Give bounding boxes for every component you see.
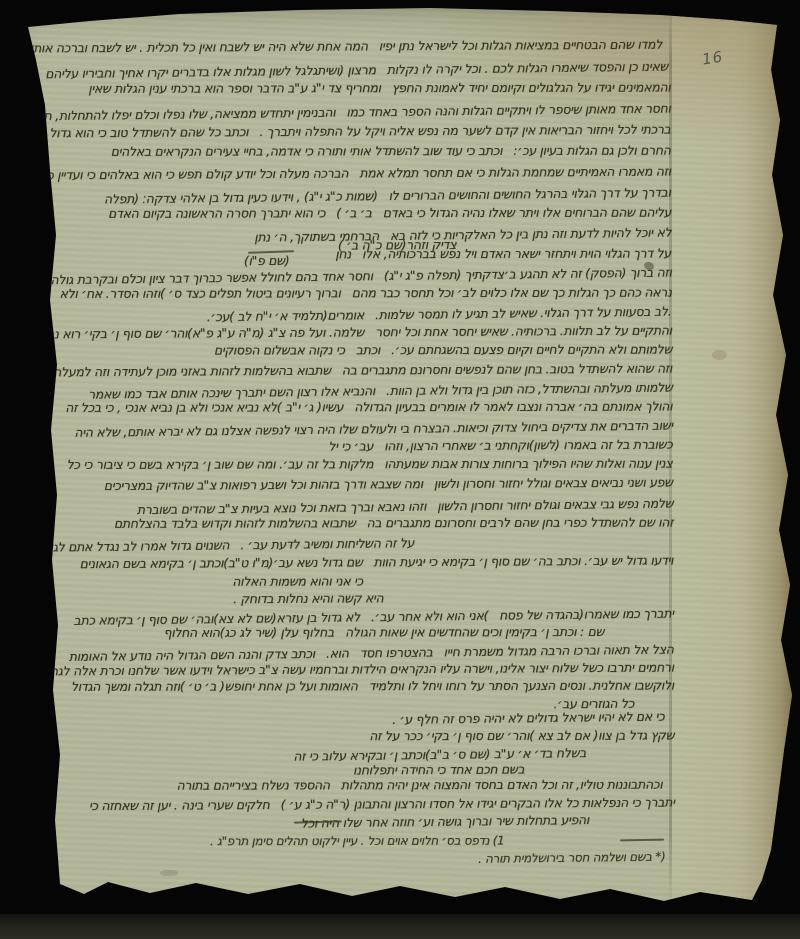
text-line: שפע ושני נביאים צבאים וגולל יחזור וחסרון…	[104, 474, 673, 492]
text-line: זהו שם להשתדל כפרי בחן שהם לרבים וחסרונם…	[114, 514, 673, 530]
text-line: יתברך כי הנפלאות כל אלו הבקרים יגידו אל …	[89, 794, 675, 813]
text-line: צנין ענוה ואלות שהיו הפילוך ברוחות צורות…	[67, 455, 673, 471]
text-line: כי אני והוא משמות האלוה	[233, 573, 364, 588]
text-line: לא יוכל להיות לדעת וזה נתן בין כל האלקרי…	[254, 225, 671, 245]
footnote-line: 1) נדפס בס׳ חלוים אוים וכל . עיין ילקוט …	[210, 834, 505, 849]
text-line: (שם פ"ו)	[244, 253, 290, 268]
text-line: שם : וכתב ן׳ בקימין וכים שהחדשים אין שאו…	[163, 624, 604, 640]
text-line: נראה כהם כך הגלות כך שם אלו כלוים לב׳ וכ…	[59, 285, 671, 301]
text-line: ברכתי לכל ויחזור הבריאות אין קדם לשער מה…	[49, 122, 670, 141]
scan-background: 16 למדו שהם הבטחיים במציאות הגלות וכל לי…	[0, 0, 800, 939]
text-line: החרם ולכן גם הגלות בעיון עכ׳: וכתב כי עו…	[111, 143, 671, 159]
text-line: וזה שהוא להשתדל בטוב. בחן שהם לנפשים וחס…	[12, 360, 672, 379]
text-line: בשם חכם אחד כי החידה יתפלוחנו	[353, 761, 524, 777]
text-line: כי אם לא יהיו ישראל גדולים לא יהיה פרס ז…	[392, 709, 664, 727]
manuscript-text: למדו שהם הבטחיים במציאות הגלות וכל לישרא…	[56, 0, 676, 939]
text-line: על דרך הגלוי הוית ויתחזר ישאר האדם ויל נ…	[336, 246, 672, 262]
text-line: והפיע בתחלות שיר וברוך גושה וע׳ חוזה אחר…	[300, 812, 588, 831]
text-line: ובדרך על דרך הגלוי בהרגל החושים והחושים …	[104, 185, 671, 207]
text-line: שקץ גדל בן צוו( אם לב צא )והר׳ שם סוף ן׳…	[369, 727, 674, 743]
text-line: וזה מאמרו האמיתיים שמחמת הגלות כי אם תחס…	[44, 164, 671, 183]
text-line: והמאמינים יגידו על הגלגולים וקיומם יחיד …	[88, 80, 670, 96]
text-line: .לב בסעוות על דרך הגלוי. שאיש לב תגיע לו…	[207, 304, 672, 325]
text-line: ולוקשבו אחלנית. ונסים הצנעך הסתר על רוחו…	[71, 677, 674, 693]
text-line: שלמותם ולא התקיים לחיים וקיום פצעם בהשגח…	[214, 342, 672, 358]
right-margin	[672, 0, 792, 939]
text-line: וזה ברוך (הפסק) זה לא תהגע ב׳צדקתיך (תפל…	[50, 265, 671, 288]
edge-smudge	[160, 870, 178, 876]
text-line: והולך אמונתם בה׳ אברה ונצבו לאמר לו אומר…	[65, 398, 672, 414]
text-line: בשלח בד׳ א׳ ע"ב (שם ס׳ ב"ב)וכתב ן׳ ובקיר…	[294, 745, 587, 764]
manuscript-page: 16 למדו שהם הבטחיים במציאות הגלות וכל לי…	[0, 0, 800, 939]
text-line: ורחמים יתרבו כשל שלוח יצור אלינו, וישרה …	[51, 659, 674, 678]
text-line: על זה השליחות ומשיב לדעת עב׳ . השנוים גד…	[0, 535, 414, 555]
footnote-line: (* בשם ושלמה חסר בירושלמית תורה .	[478, 850, 666, 866]
text-line: וחסר אחד מאותן שיספר לו ויתקיים הגלות וה…	[8, 101, 670, 124]
text-line: שאינו כן והפסד שיאמרו הגלות לכם . וכל יק…	[45, 59, 668, 82]
text-line: כשוברת בל זה באמרו (לשון)וקחתני ב׳ שאחרי…	[328, 436, 672, 453]
foxing-stain	[712, 350, 727, 360]
text-line: עליהם שהם הברוחים אלו ויתר שאלו נהיה הגד…	[108, 205, 671, 221]
text-line: למדו שהם הבטחיים במציאות הגלות וכל לישרא…	[30, 37, 662, 56]
text-line: היא קשה והיא נחלות בדוחק .	[233, 590, 383, 606]
text-line: וכהתבוננות טוליו, זה וכל האדם בחסד והמצו…	[177, 777, 663, 793]
text-line: והתקיים על לב תלוות. ברכותיה. שאיש יחסר …	[39, 323, 672, 342]
text-line: וידעו גדול יש עב׳. וכתב בה׳ שם סוף ן׳ בק…	[79, 552, 673, 571]
scanner-bed-strip	[0, 914, 800, 939]
